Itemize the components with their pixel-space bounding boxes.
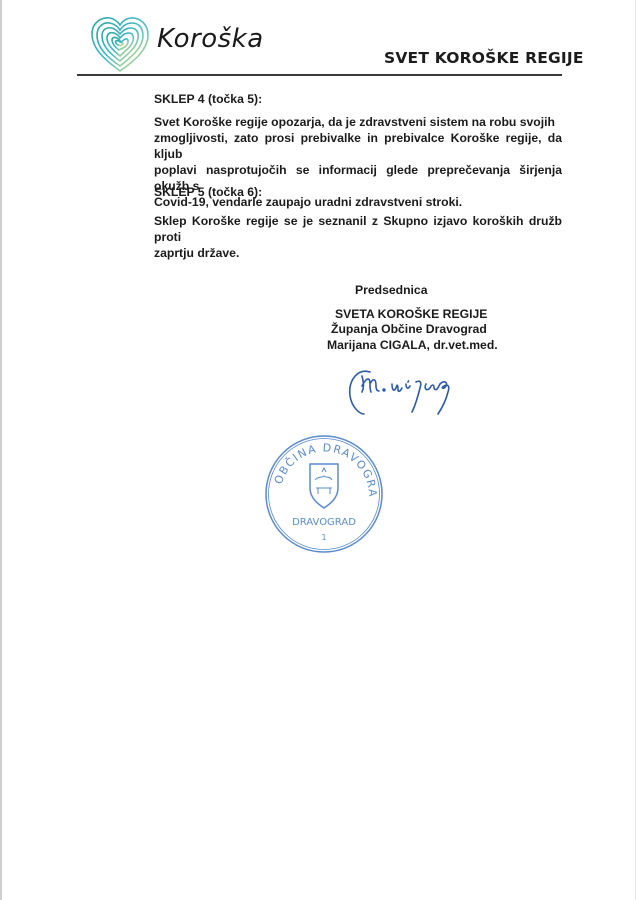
body-line: Svet Koroške regije opozarja, da je zdra… <box>154 114 562 130</box>
resolution-4-heading: SKLEP 4 (točka 5): <box>154 92 262 106</box>
document-page: Koroška SVET KOROŠKE REGIJE SKLEP 4 (toč… <box>0 0 636 900</box>
resolution-5-heading: SKLEP 5 (točka 6): <box>154 185 262 199</box>
body-line: zaprtju države. <box>154 245 562 261</box>
handwritten-signature-icon <box>340 362 490 422</box>
header-divider <box>77 74 562 76</box>
signatory-name: Marijana CIGALA, dr.vet.med. <box>327 338 498 352</box>
signatory-title: Županja Občine Dravograd <box>331 322 487 336</box>
resolution-5-body: Sklep Koroške regije se je seznanil z Sk… <box>154 213 562 261</box>
stamp-inner-text: DRAVOGRAD <box>292 517 356 528</box>
page-edge-left <box>0 0 2 900</box>
heart-contour-logo-icon <box>88 14 152 74</box>
signatory-role: Predsednica <box>355 283 427 297</box>
official-stamp-icon: OBČINA DRAVOGRAD DRAVOGRAD 1 <box>262 432 387 557</box>
signatory-organization: SVETA KOROŠKE REGIJE <box>335 307 487 321</box>
body-line: Sklep Koroške regije se je seznanil z Sk… <box>154 213 562 245</box>
brand-logo-text: Koroška <box>157 24 264 54</box>
body-line: zmogljivosti, zato prosi prebivalke in p… <box>154 130 562 162</box>
stamp-number: 1 <box>321 533 326 542</box>
organization-title: SVET KOROŠKE REGIJE <box>384 49 584 67</box>
